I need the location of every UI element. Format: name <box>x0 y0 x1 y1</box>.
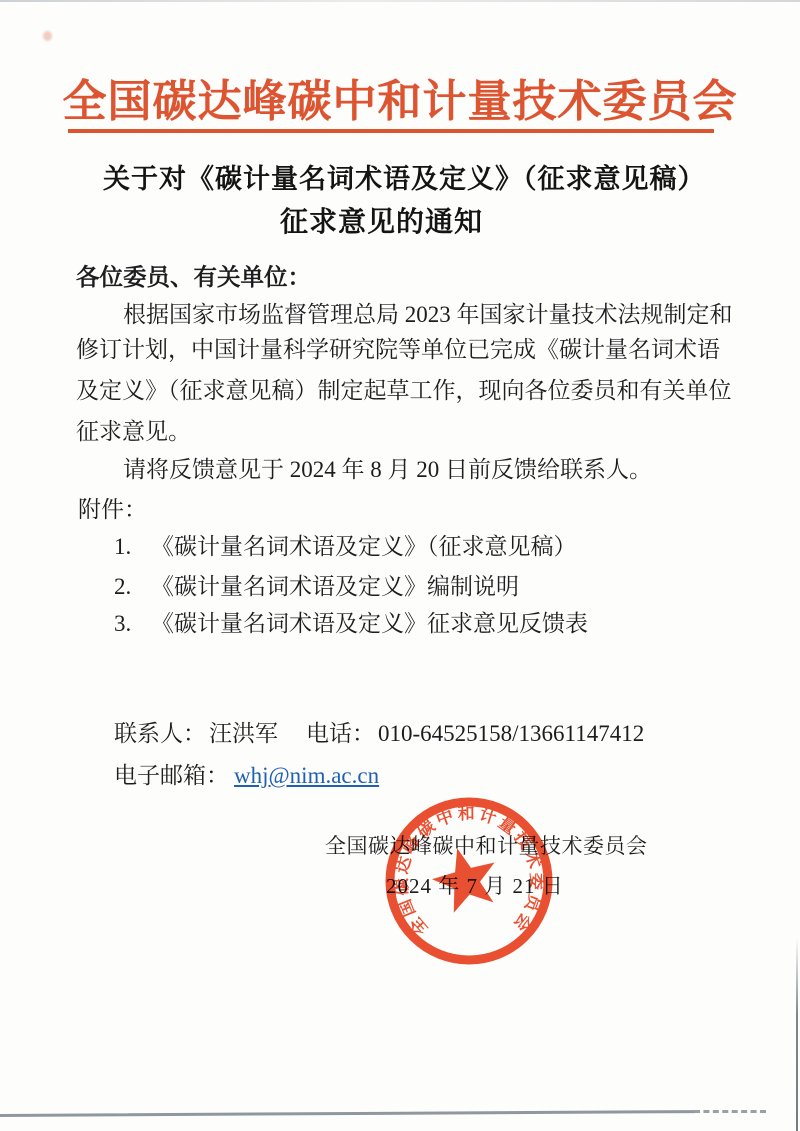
email-line: 电子邮箱：whj@nim.ac.cn <box>114 762 379 790</box>
masthead-underline <box>68 129 714 133</box>
attachment-number: 2. <box>114 573 139 601</box>
scan-edge-bottom-dashed <box>694 1110 766 1113</box>
body-line: 及定义》（征求意见稿）制定起草工作，现向各位委员和有关单位 <box>76 377 732 405</box>
attachment-title: 《碳计量名词术语及定义》编制说明 <box>151 574 519 599</box>
email-label: 电子邮箱： <box>114 763 229 788</box>
scan-edge-top <box>0 0 800 2</box>
scan-smudge <box>43 31 52 41</box>
attachment-item: 1.《碳计量名词术语及定义》（征求意见稿） <box>114 533 577 561</box>
scan-edge-bottom <box>0 1110 696 1117</box>
attachment-title: 《碳计量名词术语及定义》（征求意见稿） <box>151 534 577 559</box>
attachment-title: 《碳计量名词术语及定义》征求意见反馈表 <box>151 611 588 636</box>
body-line: 根据国家市场监督管理总局 2023 年国家计量技术法规制定和 <box>123 301 733 329</box>
body-line: 请将反馈意见于 2024 年 8 月 20 日前反馈给联系人。 <box>123 456 652 484</box>
official-seal-stamp: 全国碳达峰碳中和计量技术委员会 <box>374 786 564 976</box>
attachment-number: 1. <box>114 533 139 561</box>
contact-person-name: 汪洪军 <box>209 721 278 746</box>
attachment-number: 3. <box>114 610 139 638</box>
body-line: 修订计划，中国计量科学研究院等单位已完成《碳计量名词术语 <box>76 336 720 364</box>
scanned-notice-page: 全国碳达峰碳中和计量技术委员会 关于对《碳计量名词术语及定义》（征求意见稿） 征… <box>0 0 800 1131</box>
email-link[interactable]: whj@nim.ac.cn <box>234 763 379 788</box>
body-line: 征求意见。 <box>76 418 191 446</box>
scan-edge-right <box>796 938 798 1131</box>
stamp-star-icon <box>432 848 495 913</box>
contact-phone-label: 电话： <box>306 721 375 746</box>
attachment-item: 2.《碳计量名词术语及定义》编制说明 <box>114 573 519 601</box>
notice-title-line1: 关于对《碳计量名词术语及定义》（征求意见稿） <box>103 165 706 195</box>
attachment-item: 3.《碳计量名词术语及定义》征求意见反馈表 <box>114 610 588 638</box>
salutation: 各位委员、有关单位： <box>76 264 311 292</box>
attachments-label: 附件： <box>78 496 147 524</box>
contact-line: 联系人：汪洪军电话：010-64525158/13661147412 <box>114 720 644 748</box>
contact-phone-number: 010-64525158/13661147412 <box>378 721 644 746</box>
notice-title-line2: 征求意见的通知 <box>280 208 483 239</box>
masthead-title: 全国碳达峰碳中和计量技术委员会 <box>0 80 800 124</box>
contact-person-label: 联系人： <box>114 721 206 746</box>
